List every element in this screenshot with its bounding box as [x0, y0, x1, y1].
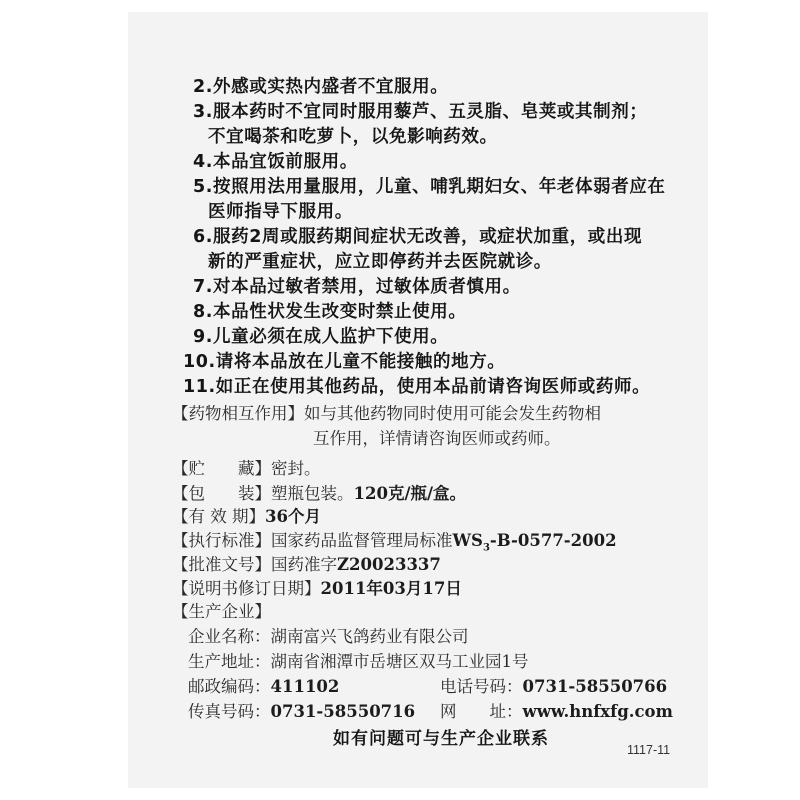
fax-label: 传真号码：: [188, 702, 271, 721]
standard-code-suffix: -B-0577-2002: [490, 531, 617, 550]
precaution-item-3-cont: 不宜喝茶和吃萝卜，以免影响药效。: [208, 123, 498, 148]
approval-number: Z20023337: [337, 555, 441, 574]
precaution-item-8: 8.本品性状发生改变时禁止使用。: [193, 298, 466, 323]
company-name-row: 企业名称：湖南富兴飞鸽药业有限公司: [188, 623, 469, 647]
precaution-item-9: 9.儿童必须在成人监护下使用。: [193, 323, 448, 348]
approval-row: 【批准文号】国药准字Z20023337: [172, 551, 441, 575]
address-label: 生产地址：: [188, 652, 271, 671]
precaution-item-11: 11.如正在使用其他药品，使用本品前请咨询医师或药师。: [183, 373, 650, 398]
packaging-value: 塑瓶包装。: [271, 484, 354, 503]
precaution-item-6: 6.服药2周或服药期间症状无改善，或症状加重，或出现: [193, 223, 642, 248]
interactions-value: 如与其他药物同时使用可能会发生药物相: [304, 404, 601, 423]
storage-value: 密封。: [271, 459, 321, 478]
document-code: 1117-11: [627, 743, 670, 757]
company-name: 湖南富兴飞鸽药业有限公司: [271, 627, 469, 646]
validity-label: 【有 效 期】: [172, 507, 265, 526]
standard-code-prefix: WS: [453, 531, 483, 550]
validity-value: 36个月: [265, 507, 321, 526]
revision-value: 2011年03月17日: [321, 579, 462, 598]
standard-code-sub: 3: [483, 542, 490, 553]
approval-label: 【批准文号】: [172, 555, 271, 574]
standard-label: 【执行标准】: [172, 531, 271, 550]
postcode-label: 邮政编码：: [188, 677, 271, 696]
manufacturer-label: 【生产企业】: [172, 598, 271, 622]
standard-value: 国家药品监督管理局标准: [271, 531, 453, 550]
packaging-spec: 120克/瓶/盒。: [354, 484, 467, 503]
address-row: 生产地址：湖南省湘潭市岳塘区双马工业园1号: [188, 648, 529, 672]
storage-row: 【贮 藏】密封。: [172, 455, 321, 479]
interactions-value-cont: 互作用，详情请咨询医师或药师。: [313, 425, 561, 449]
interactions-label: 【药物相互作用】: [172, 404, 304, 423]
precaution-item-5: 5.按照用法用量服用，儿童、哺乳期妇女、年老体弱者应在: [193, 173, 666, 198]
revision-row: 【说明书修订日期】2011年03月17日: [172, 575, 462, 599]
packaging-label: 【包 装】: [172, 484, 271, 503]
fax-row: 传真号码：0731-58550716: [188, 698, 415, 722]
company-name-label: 企业名称：: [188, 627, 271, 646]
phone-label: 电话号码：: [440, 677, 523, 696]
precaution-item-4: 4.本品宜饭前服用。: [193, 148, 358, 173]
contact-note: 如有问题可与生产企业联系: [333, 724, 549, 749]
validity-row: 【有 效 期】36个月: [172, 503, 321, 527]
interactions-row: 【药物相互作用】如与其他药物同时使用可能会发生药物相: [172, 400, 601, 424]
phone-row: 电话号码：0731-58550766: [440, 673, 667, 697]
address: 湖南省湘潭市岳塘区双马工业园1号: [271, 652, 529, 671]
precaution-item-5-cont: 医师指导下服用。: [208, 198, 353, 223]
precaution-item-3: 3.服本药时不宜同时服用藜芦、五灵脂、皂荚或其制剂；: [193, 98, 647, 123]
website-link[interactable]: www.hnfxfg.com: [523, 702, 674, 721]
postcode: 411102: [271, 677, 340, 696]
website-label: 网 址：: [440, 702, 523, 721]
standard-row: 【执行标准】国家药品监督管理局标准WS3-B-0577-2002: [172, 527, 617, 553]
precaution-item-10: 10.请将本品放在儿童不能接触的地方。: [183, 348, 505, 373]
approval-value: 国药准字: [271, 555, 337, 574]
postcode-row: 邮政编码：411102: [188, 673, 339, 697]
revision-label: 【说明书修订日期】: [172, 579, 321, 598]
phone: 0731-58550766: [523, 677, 668, 696]
storage-label: 【贮 藏】: [172, 459, 271, 478]
packaging-row: 【包 装】塑瓶包装。120克/瓶/盒。: [172, 480, 466, 504]
fax: 0731-58550716: [271, 702, 416, 721]
precaution-item-6-cont: 新的严重症状，应立即停药并去医院就诊。: [208, 248, 552, 273]
precaution-item-7: 7.对本品过敏者禁用，过敏体质者慎用。: [193, 273, 521, 298]
website-row: 网 址：www.hnfxfg.com: [440, 698, 673, 722]
precaution-item-2: 2.外感或实热内盛者不宜服用。: [193, 73, 448, 98]
